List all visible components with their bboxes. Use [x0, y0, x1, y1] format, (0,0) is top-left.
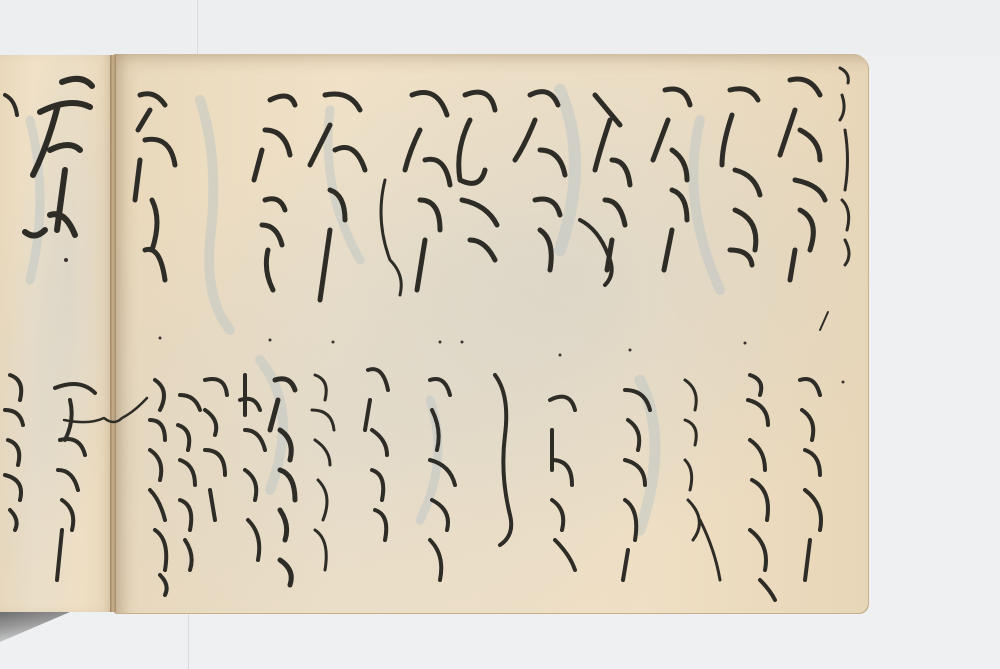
upper-register-columns [135, 68, 849, 300]
paper-tear [64, 398, 147, 422]
separator-dots [64, 258, 845, 384]
left-page-lower-text [5, 375, 95, 580]
left-page-upper-text [5, 79, 92, 236]
calligraphy-ink [0, 0, 1000, 669]
paper-scratch [820, 312, 828, 330]
lower-register-columns [150, 369, 821, 600]
